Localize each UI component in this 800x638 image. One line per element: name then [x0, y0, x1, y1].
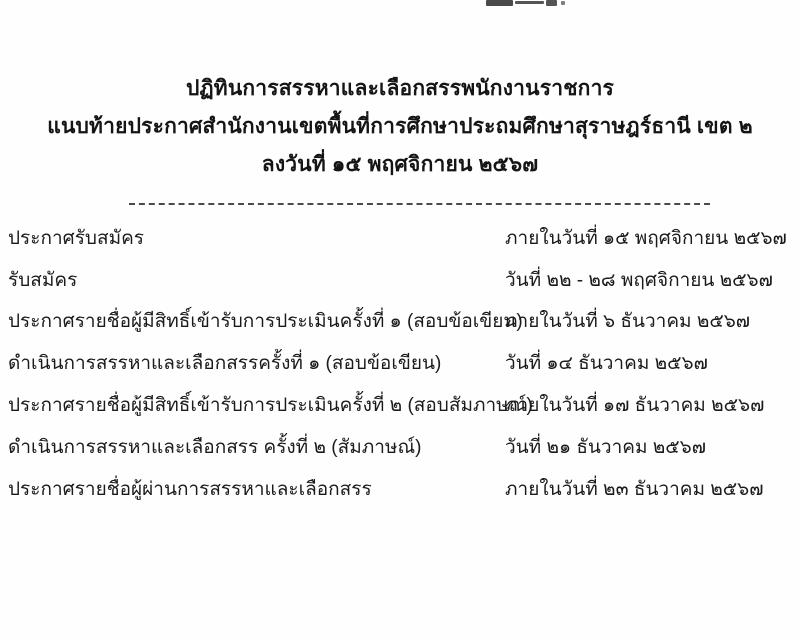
- schedule-row: ดำเนินการสรรหาและเลือกสรรครั้งที่ ๑ (สอบ…: [0, 342, 800, 384]
- schedule-activity: ประกาศรายชื่อผู้ผ่านการสรรหาและเลือกสรร: [8, 474, 505, 504]
- schedule-date: ภายในวันที่ ๒๓ ธันวาคม ๒๕๖๗: [505, 474, 800, 504]
- schedule-row: ประกาศรายชื่อผู้มีสิทธิ์เข้ารับการประเมิ…: [0, 301, 800, 343]
- schedule-row: รับสมัคร วันที่ ๒๒ - ๒๘ พฤศจิกายน ๒๕๖๗: [0, 259, 800, 301]
- document-title-line-2: แนบท้ายประกาศสำนักงานเขตพื้นที่การศึกษาป…: [0, 108, 800, 146]
- schedule-activity: ดำเนินการสรรหาและเลือกสรรครั้งที่ ๑ (สอบ…: [8, 348, 505, 378]
- schedule-activity: ดำเนินการสรรหาและเลือกสรร ครั้งที่ ๒ (สั…: [8, 432, 505, 462]
- scan-artifact: [561, 1, 565, 5]
- scan-artifact: [486, 0, 513, 6]
- schedule-list: ประกาศรับสมัคร ภายในวันที่ ๑๕ พฤศจิกายน …: [0, 217, 800, 510]
- schedule-row: ประกาศรายชื่อผู้ผ่านการสรรหาและเลือกสรร …: [0, 468, 800, 510]
- schedule-row: ดำเนินการสรรหาและเลือกสรร ครั้งที่ ๒ (สั…: [0, 426, 800, 468]
- scan-artifact: [515, 1, 544, 4]
- dashed-separator: [129, 203, 710, 205]
- schedule-date: วันที่ ๑๔ ธันวาคม ๒๕๖๗: [505, 348, 800, 378]
- schedule-row: ประกาศรายชื่อผู้มีสิทธิ์เข้ารับการประเมิ…: [0, 384, 800, 426]
- schedule-activity: ประกาศรายชื่อผู้มีสิทธิ์เข้ารับการประเมิ…: [8, 390, 505, 420]
- scan-artifact: [546, 0, 557, 6]
- schedule-date: วันที่ ๒๒ - ๒๘ พฤศจิกายน ๒๕๖๗: [505, 265, 800, 295]
- schedule-date: ภายในวันที่ ๑๗ ธันวาคม ๒๕๖๗: [505, 390, 800, 420]
- document-title-block: ปฏิทินการสรรหาและเลือกสรรพนักงานราชการ แ…: [0, 70, 800, 184]
- schedule-date: ภายในวันที่ ๖ ธันวาคม ๒๕๖๗: [505, 306, 800, 336]
- schedule-date: ภายในวันที่ ๑๕ พฤศจิกายน ๒๕๖๗: [505, 223, 800, 253]
- scanned-document-page: ปฏิทินการสรรหาและเลือกสรรพนักงานราชการ แ…: [0, 0, 800, 638]
- document-title-line-3: ลงวันที่ ๑๕ พฤศจิกายน ๒๕๖๗: [0, 146, 800, 184]
- document-title-line-1: ปฏิทินการสรรหาและเลือกสรรพนักงานราชการ: [0, 70, 800, 108]
- schedule-date: วันที่ ๒๑ ธันวาคม ๒๕๖๗: [505, 432, 800, 462]
- schedule-row: ประกาศรับสมัคร ภายในวันที่ ๑๕ พฤศจิกายน …: [0, 217, 800, 259]
- schedule-activity: ประกาศรับสมัคร: [8, 223, 505, 253]
- schedule-activity: รับสมัคร: [8, 265, 505, 295]
- schedule-activity: ประกาศรายชื่อผู้มีสิทธิ์เข้ารับการประเมิ…: [8, 306, 505, 336]
